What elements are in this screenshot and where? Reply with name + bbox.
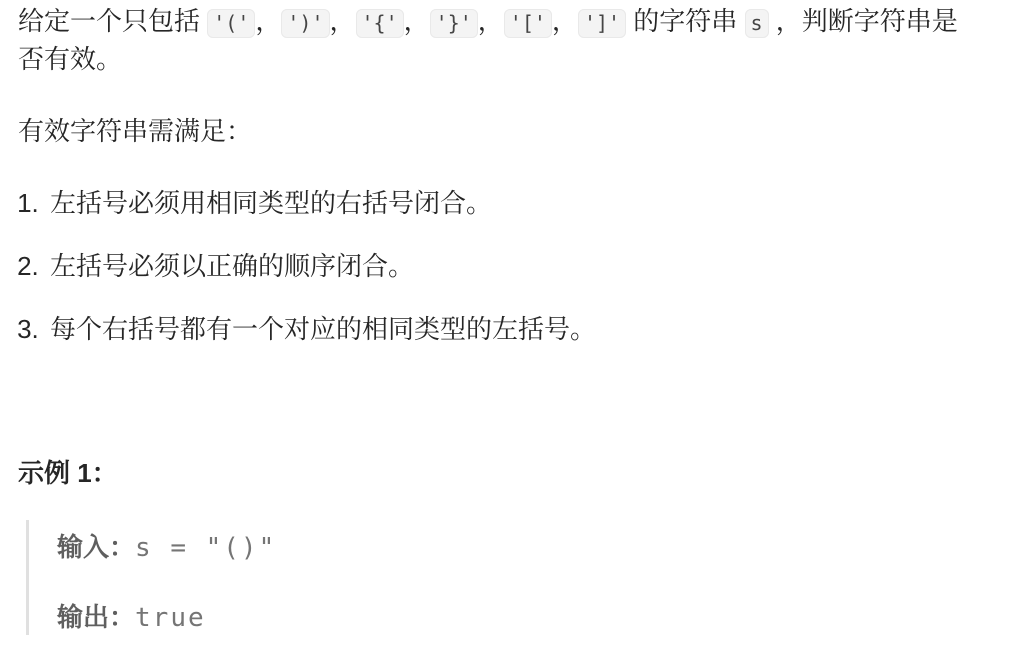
example-output-line: 输出：true <box>57 600 1010 635</box>
example-input-value: s = "()" <box>135 533 276 563</box>
rules-list: 左括号必须用相同类型的右括号闭合。 左括号必须以正确的顺序闭合。 每个右括号都有… <box>18 184 1010 348</box>
inline-code-badge: '[' <box>504 9 552 38</box>
problem-description: 给定一个只包括 '('，')'，'{'，'}'，'['，']' 的字符串 s ，… <box>0 0 1030 635</box>
inline-code-badge: '{' <box>356 9 404 38</box>
inline-code-badge: '(' <box>207 9 255 38</box>
example-1-heading: 示例 1： <box>18 454 1010 492</box>
vertical-spacer <box>18 382 1010 420</box>
rule-item-3: 每个右括号都有一个对应的相同类型的左括号。 <box>46 310 1010 348</box>
inline-code-badge: ']' <box>578 9 626 38</box>
rule-item-2: 左括号必须以正确的顺序闭合。 <box>46 247 1010 285</box>
example-output-label: 输出： <box>57 602 135 632</box>
conditions-heading: 有效字符串需满足： <box>18 112 1010 150</box>
example-input-line: 输入：s = "()" <box>57 530 1010 565</box>
inline-code-badge: '}' <box>430 9 478 38</box>
inline-code-badge: s <box>745 9 769 38</box>
problem-statement: 给定一个只包括 '('，')'，'{'，'}'，'['，']' 的字符串 s ，… <box>18 2 1010 78</box>
example-input-label: 输入： <box>57 532 135 562</box>
inline-code-badge: ')' <box>281 9 329 38</box>
example-1-block: 输入：s = "()" 输出：true <box>26 520 1010 635</box>
example-output-value: true <box>135 603 206 633</box>
rule-item-1: 左括号必须用相同类型的右括号闭合。 <box>46 184 1010 222</box>
